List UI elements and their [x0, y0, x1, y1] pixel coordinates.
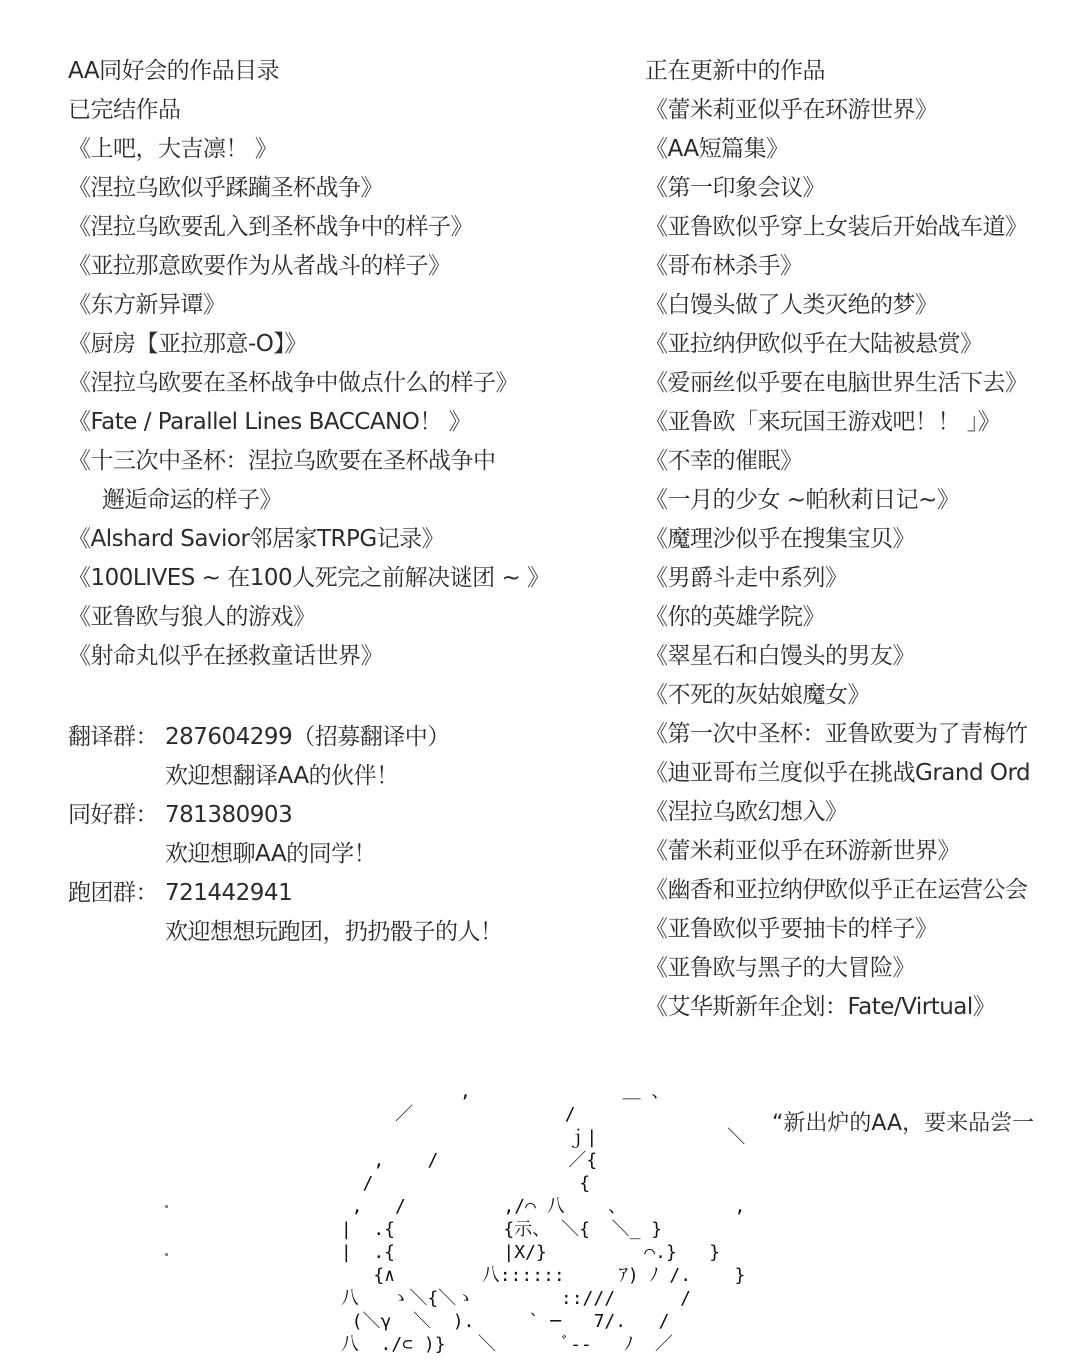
- group-number: 781380903: [165, 802, 292, 828]
- completed-work-item: 《100LIVES ~ 在100人死完之前解决谜团 ~ 》: [68, 559, 550, 598]
- speech-quote: “新出炉的AA，要来品尝一: [772, 1106, 1034, 1137]
- ongoing-work-item: 《亚拉纳伊欧似乎在大陆被悬赏》: [645, 325, 1030, 364]
- ongoing-work-item: 《不幸的催眠》: [645, 442, 1030, 481]
- ongoing-work-item: 《哥布林杀手》: [645, 247, 1030, 286]
- ongoing-work-item: 《艾华斯新年企划：Fate/Virtual》: [645, 988, 1030, 1027]
- completed-work-item: 《射命丸似乎在拯救童话世界》: [68, 637, 550, 676]
- ongoing-work-item: 《男爵斗走中系列》: [645, 559, 1030, 598]
- completed-works-column: AA同好会的作品目录 已完结作品 《上吧，大吉凛！ 》 《涅拉乌欧似乎蹂躏圣杯战…: [68, 52, 550, 952]
- ongoing-work-item: 《一月的少女 ~帕秋莉日记~》: [645, 481, 1030, 520]
- ongoing-work-item: 《翠星石和白馒头的男友》: [645, 637, 1030, 676]
- ongoing-work-item: 《亚鲁欧「来玩国王游戏吧！！ 」》: [645, 403, 1030, 442]
- ongoing-works-column: 正在更新中的作品 《蕾米莉亚似乎在环游世界》 《AA短篇集》 《第一印象会议》 …: [645, 52, 1030, 1027]
- completed-work-item: 《厨房【亚拉那意-O】》: [68, 325, 550, 364]
- ongoing-work-item: 《白馒头做了人类灭绝的梦》: [645, 286, 1030, 325]
- group-label: 跑团群：: [68, 874, 165, 913]
- ongoing-work-item: 《不死的灰姑娘魔女》: [645, 676, 1030, 715]
- completed-heading: 已完结作品: [68, 91, 550, 130]
- ongoing-work-item: 《迪亚哥布兰度似乎在挑战Grand Ord: [645, 754, 1030, 793]
- ongoing-work-item: 《蕾米莉亚似乎在环游新世界》: [645, 832, 1030, 871]
- ongoing-work-item: 《爱丽丝似乎要在电脑世界生活下去》: [645, 364, 1030, 403]
- group-number: 287604299（招募翻译中）: [165, 724, 450, 750]
- group-number: 721442941: [165, 880, 292, 906]
- group-label: 翻译群：: [68, 718, 165, 757]
- ongoing-work-item: 《幽香和亚拉纳伊欧似乎正在运营公会: [645, 871, 1030, 910]
- completed-work-item: 《Alshard Savior邻居家TRPG记录》: [68, 520, 550, 559]
- ongoing-work-item: 《亚鲁欧似乎穿上女装后开始战车道》: [645, 208, 1030, 247]
- ongoing-work-item: 《蕾米莉亚似乎在环游世界》: [645, 91, 1030, 130]
- completed-work-item: 《涅拉乌欧似乎蹂躏圣杯战争》: [68, 169, 550, 208]
- completed-work-item: 《Fate / Parallel Lines BACCANO！ 》: [68, 403, 550, 442]
- ascii-art-illustration: , ＿ 、 ／ / ｊ| ＼ , / ／{ / { , / ,∕⌒ 八 、 , …: [330, 1080, 690, 1360]
- ongoing-work-item: 《第一印象会议》: [645, 169, 1030, 208]
- completed-work-item: 《东方新异谭》: [68, 286, 550, 325]
- completed-work-item: 《亚拉那意欧要作为从者战斗的样子》: [68, 247, 550, 286]
- completed-work-item: 《十三次中圣杯：涅拉乌欧要在圣杯战争中: [68, 442, 550, 481]
- ongoing-work-item: 《亚鲁欧与黑子的大冒险》: [645, 949, 1030, 988]
- decorative-dot: [165, 1253, 168, 1256]
- group-note: 欢迎想翻译AA的伙伴！: [68, 757, 550, 796]
- group-fans: 同好群：781380903 欢迎想聊AA的同学！: [68, 796, 550, 874]
- completed-work-item: 《涅拉乌欧要乱入到圣杯战争中的样子》: [68, 208, 550, 247]
- group-trpg: 跑团群：721442941 欢迎想想玩跑团，扔扔骰子的人！: [68, 874, 550, 952]
- decorative-dot: [165, 1205, 168, 1208]
- ongoing-work-item: 《你的英雄学院》: [645, 598, 1030, 637]
- completed-work-item: 《上吧，大吉凛！ 》: [68, 130, 550, 169]
- ongoing-work-item: 《亚鲁欧似乎要抽卡的样子》: [645, 910, 1030, 949]
- catalog-title: AA同好会的作品目录: [68, 52, 550, 91]
- group-translation: 翻译群：287604299（招募翻译中） 欢迎想翻译AA的伙伴！: [68, 718, 550, 796]
- group-note: 欢迎想想玩跑团，扔扔骰子的人！: [68, 913, 550, 952]
- group-label: 同好群：: [68, 796, 165, 835]
- ongoing-work-item: 《涅拉乌欧幻想入》: [645, 793, 1030, 832]
- section-spacer: [68, 676, 550, 718]
- completed-work-item: 《亚鲁欧与狼人的游戏》: [68, 598, 550, 637]
- ongoing-work-item: 《AA短篇集》: [645, 130, 1030, 169]
- group-note: 欢迎想聊AA的同学！: [68, 835, 550, 874]
- completed-work-item: 《涅拉乌欧要在圣杯战争中做点什么的样子》: [68, 364, 550, 403]
- completed-work-item-continuation: 邂逅命运的样子》: [68, 481, 550, 520]
- ongoing-work-item: 《魔理沙似乎在搜集宝贝》: [645, 520, 1030, 559]
- ongoing-work-item: 《第一次中圣杯：亚鲁欧要为了青梅竹: [645, 715, 1030, 754]
- ongoing-heading: 正在更新中的作品: [645, 52, 1030, 91]
